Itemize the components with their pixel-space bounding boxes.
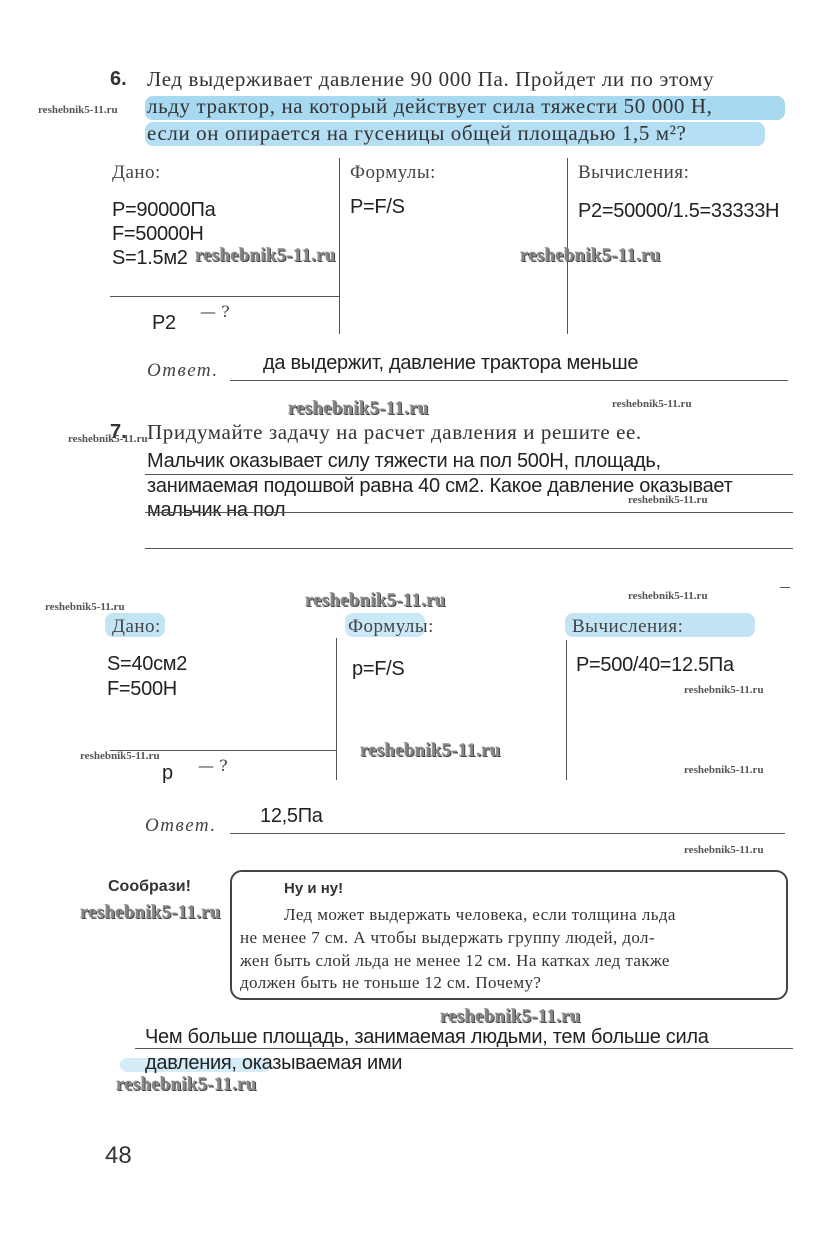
task7-problem-line-1: Мальчик оказывает силу тяжести на пол 50… xyxy=(147,450,661,473)
writing-line xyxy=(145,548,793,549)
watermark: reshebnik5-11.ru xyxy=(628,494,708,506)
dash-mark xyxy=(780,587,790,588)
writing-line xyxy=(145,512,793,513)
task6-answer-label: Ответ. xyxy=(147,360,219,382)
answer-line xyxy=(230,833,785,834)
info-box: Ну и ну! Лед может выдержать человека, е… xyxy=(230,870,788,1000)
watermark: reshebnik5-11.ru xyxy=(45,601,125,613)
watermark: reshebnik5-11.ru xyxy=(520,245,661,267)
watermark: reshebnik5-11.ru xyxy=(288,398,429,420)
answer-line xyxy=(230,380,788,381)
page-number: 48 xyxy=(105,1142,132,1170)
given-divider xyxy=(110,296,339,297)
task7-unknown-suffix: — ? xyxy=(198,756,228,775)
watermark: reshebnik5-11.ru xyxy=(684,684,764,696)
task6-calc-label: Вычисления: xyxy=(578,162,689,184)
watermark: reshebnik5-11.ru xyxy=(116,1074,257,1096)
task7-unknown: p xyxy=(162,762,173,785)
task7-answer-label: Ответ. xyxy=(145,815,217,837)
info-box-line-1: Лед может выдержать человека, если толщи… xyxy=(284,904,676,926)
column-divider xyxy=(566,640,567,780)
task7-formula: p=F/S xyxy=(352,658,404,681)
task6-line-1: Лед выдерживает давление 90 000 Па. Прой… xyxy=(147,66,714,92)
task6-unknown: P2 xyxy=(152,312,176,335)
task6-answer: да выдержит, давление трактора меньше xyxy=(263,352,638,375)
watermark: reshebnik5-11.ru xyxy=(305,590,446,612)
info-box-title: Ну и ну! xyxy=(284,880,343,897)
watermark: reshebnik5-11.ru xyxy=(628,590,708,602)
column-divider xyxy=(339,158,340,334)
watermark: reshebnik5-11.ru xyxy=(38,104,118,116)
task6-given-s: S=1.5м2 xyxy=(112,247,188,270)
watermark: reshebnik5-11.ru xyxy=(80,902,221,924)
think-answer-line-2: давления, оказываемая ими xyxy=(145,1052,402,1075)
task7-formulas-label: Формулы: xyxy=(348,616,434,638)
task7-calc-label: Вычисления: xyxy=(572,616,683,638)
column-divider xyxy=(336,638,337,780)
info-box-line-4: должен быть не тоньше 12 см. Почему? xyxy=(240,972,541,994)
task7-prompt: Придумайте задачу на расчет давления и р… xyxy=(147,419,642,445)
watermark: reshebnik5-11.ru xyxy=(684,764,764,776)
task6-line-3: если он опирается на гусеницы общей площ… xyxy=(147,120,686,146)
watermark: reshebnik5-11.ru xyxy=(68,433,148,445)
task6-unknown-suffix: — ? xyxy=(200,302,230,321)
task6-given-f: F=50000H xyxy=(112,223,204,246)
task6-given-label: Дано: xyxy=(112,162,161,184)
task6-number: 6. xyxy=(110,68,127,91)
info-box-line-3: жен быть слой льда не менее 12 см. На ка… xyxy=(240,950,670,972)
watermark: reshebnik5-11.ru xyxy=(440,1006,581,1028)
task7-given-s: S=40см2 xyxy=(107,653,187,676)
watermark: reshebnik5-11.ru xyxy=(360,740,501,762)
task7-given-label: Дано: xyxy=(112,616,161,638)
task6-given-p: P=90000Па xyxy=(112,199,215,222)
info-box-line-2: не менее 7 см. А чтобы выдержать группу … xyxy=(240,927,655,949)
watermark: reshebnik5-11.ru xyxy=(684,844,764,856)
think-answer-line-1: Чем больше площадь, занимаемая людьми, т… xyxy=(145,1026,709,1049)
task7-answer: 12,5Па xyxy=(260,805,323,828)
task6-line-2: льду трактор, на который действует сила … xyxy=(147,93,713,119)
writing-line xyxy=(135,1048,793,1049)
watermark: reshebnik5-11.ru xyxy=(195,245,336,267)
task6-calculation: P2=50000/1.5=33333H xyxy=(578,200,779,223)
task6-formula: P=F/S xyxy=(350,196,405,219)
task7-calculation: P=500/40=12.5Па xyxy=(576,654,734,677)
think-label: Сообрази! xyxy=(108,878,191,896)
watermark: reshebnik5-11.ru xyxy=(612,398,692,410)
watermark: reshebnik5-11.ru xyxy=(80,750,160,762)
task7-given-f: F=500H xyxy=(107,678,177,701)
task7-problem-line-3: мальчик на пол xyxy=(147,499,285,522)
task6-formulas-label: Формулы: xyxy=(350,162,436,184)
